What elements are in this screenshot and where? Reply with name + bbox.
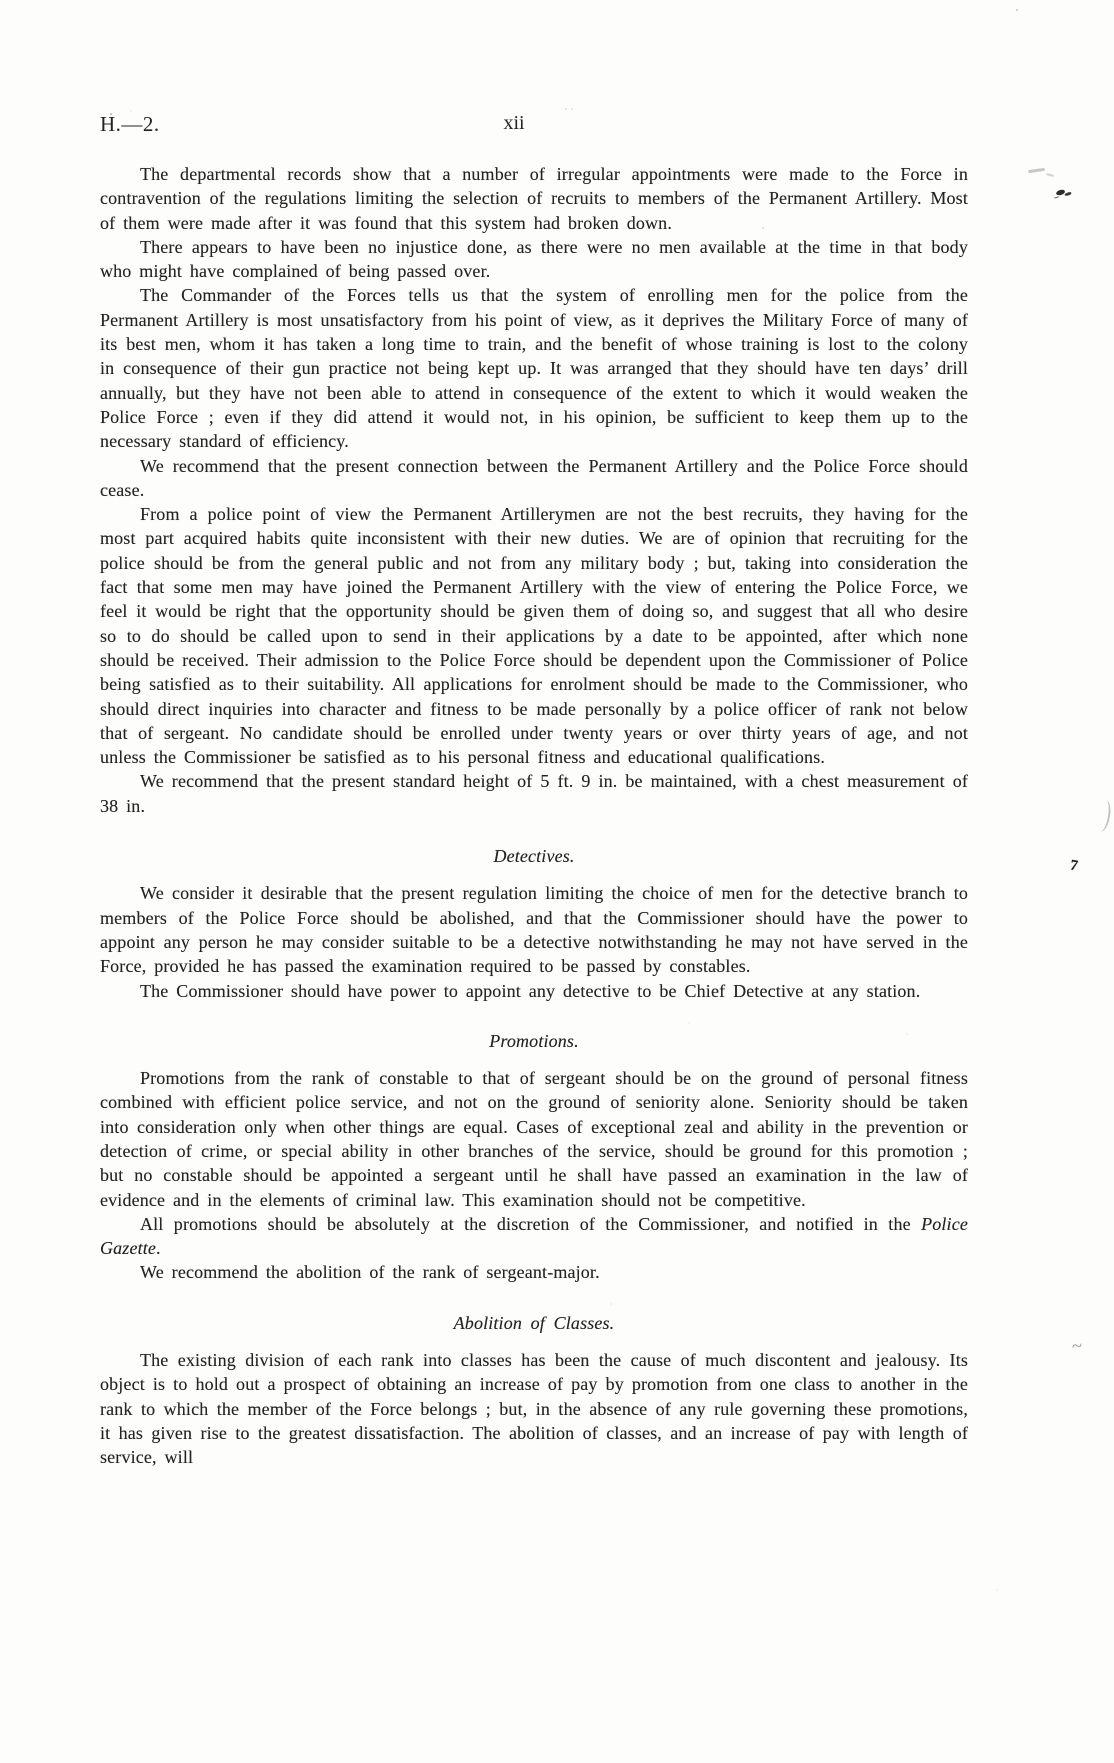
paragraph-commander-of-forces: The Commander of the Forces tells us tha… bbox=[100, 283, 968, 453]
stray-pen-mark: 7 bbox=[1069, 857, 1079, 875]
scan-smudge bbox=[1046, 173, 1054, 177]
paragraph-detective-regulation: We consider it desirable that the presen… bbox=[100, 881, 968, 978]
page-number: xii bbox=[100, 112, 928, 135]
paragraph-police-gazette: All promotions should be absolutely at t… bbox=[100, 1212, 968, 1261]
pencil-curve-mark bbox=[1094, 799, 1113, 833]
pencil-tilde-mark: ~ bbox=[1071, 1336, 1084, 1359]
paragraph-no-injustice: There appears to have been no injustice … bbox=[100, 235, 968, 284]
paragraph-police-gazette-post: . bbox=[156, 1238, 161, 1258]
document-page: H.—2. xii The departmental records show … bbox=[0, 0, 1114, 1763]
section-heading-abolition-of-classes: Abolition of Classes. bbox=[100, 1311, 968, 1335]
ink-blot bbox=[1056, 189, 1066, 196]
scan-specks bbox=[0, 0, 2, 2]
paragraph-police-point-of-view: From a police point of view the Permanen… bbox=[100, 502, 968, 769]
text-column: H.—2. xii The departmental records show … bbox=[100, 112, 968, 1470]
section-heading-promotions: Promotions. bbox=[100, 1029, 968, 1053]
paragraph-division-into-classes: The existing division of each rank into … bbox=[100, 1348, 968, 1469]
paragraph-standard-height: We recommend that the present standard h… bbox=[100, 769, 968, 818]
paragraph-promotions-grounds: Promotions from the rank of constable to… bbox=[100, 1066, 968, 1212]
paragraph-departmental-records: The departmental records show that a num… bbox=[100, 162, 968, 235]
paragraph-connection-should-cease: We recommend that the present connection… bbox=[100, 454, 968, 503]
paragraph-police-gazette-pre: All promotions should be absolutely at t… bbox=[140, 1214, 921, 1234]
report-body: The departmental records show that a num… bbox=[100, 162, 968, 1470]
paragraph-sergeant-major: We recommend the abolition of the rank o… bbox=[100, 1260, 968, 1284]
paragraph-chief-detective: The Commissioner should have power to ap… bbox=[100, 979, 968, 1003]
section-heading-detectives: Detectives. bbox=[100, 844, 968, 868]
scan-smudge bbox=[1028, 168, 1045, 173]
page-header: H.—2. xii bbox=[100, 112, 968, 142]
